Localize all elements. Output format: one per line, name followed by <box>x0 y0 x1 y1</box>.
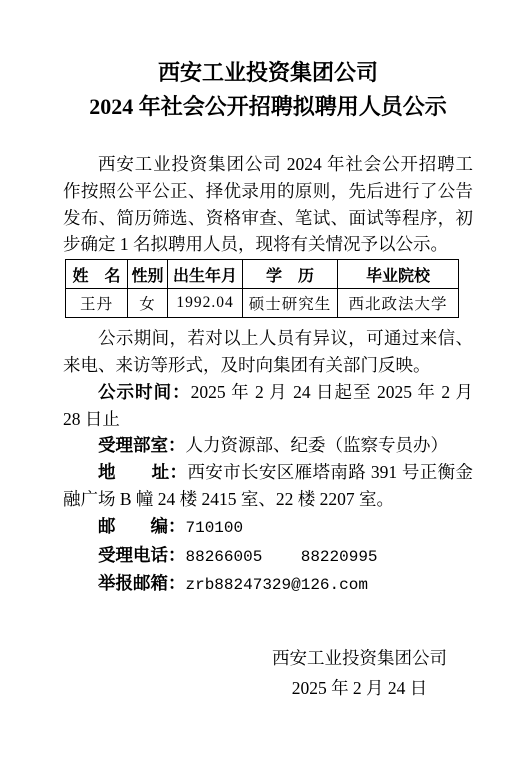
cell-school: 西北政法大学 <box>338 289 459 318</box>
address-label: 地 址： <box>98 462 187 482</box>
report-email-value: zrb88247329@126.com <box>186 576 368 594</box>
info-line-publicity-period: 公示时间：2025 年 2 月 24 日起至 2025 年 2 月 28 日止 <box>63 379 473 433</box>
document-page: 西安工业投资集团公司 2024 年社会公开招聘拟聘用人员公示 西安工业投资集团公… <box>63 0 473 703</box>
table-row: 王丹 女 1992.04 硕士研究生 西北政法大学 <box>66 289 459 318</box>
title-line-1: 西安工业投资集团公司 <box>63 56 473 90</box>
header-birth: 出生年月 <box>168 260 243 289</box>
phone-label: 受理电话： <box>98 545 186 565</box>
accepting-department-label: 受理部室： <box>98 435 186 455</box>
info-line-address: 地 址：西安市长安区雁塔南路 391 号正衡金融广场 B 幢 24 楼 2415… <box>63 459 473 513</box>
intro-paragraph: 西安工业投资集团公司 2024 年社会公开招聘工作按照公平公正、择优录用的原则，… <box>63 151 473 258</box>
accepting-department-value: 人力资源部、纪委（监察专员办） <box>186 435 449 455</box>
report-email-label: 举报邮箱： <box>98 573 186 593</box>
signature-inner: 西安工业投资集团公司 2025 年 2 月 24 日 <box>272 643 447 703</box>
info-line-phone: 受理电话：88266005 88220995 <box>63 542 473 571</box>
info-line-postal-code: 邮 编：710100 <box>63 513 473 542</box>
info-line-accepting-department: 受理部室：人力资源部、纪委（监察专员办） <box>63 432 473 459</box>
contact-info-block: 公示时间：2025 年 2 月 24 日起至 2025 年 2 月 28 日止 … <box>63 379 473 599</box>
candidate-table: 姓 名 性别 出生年月 学 历 毕业院校 王丹 女 1992.04 硕士研究生 … <box>65 259 459 318</box>
info-line-report-email: 举报邮箱：zrb88247329@126.com <box>63 570 473 599</box>
cell-gender: 女 <box>128 289 168 318</box>
postal-code-value: 710100 <box>186 519 244 537</box>
signature-company: 西安工业投资集团公司 <box>272 643 447 673</box>
header-gender: 性别 <box>128 260 168 289</box>
publicity-period-label: 公示时间： <box>98 382 191 402</box>
header-name: 姓 名 <box>66 260 128 289</box>
title-line-2: 2024 年社会公开招聘拟聘用人员公示 <box>63 90 473 124</box>
signature-block: 西安工业投资集团公司 2025 年 2 月 24 日 <box>63 643 473 703</box>
phone-value: 88266005 88220995 <box>186 548 378 566</box>
document-title: 西安工业投资集团公司 2024 年社会公开招聘拟聘用人员公示 <box>63 0 473 124</box>
cell-birth: 1992.04 <box>168 289 243 318</box>
objection-paragraph: 公示期间，若对以上人员有异议，可通过来信、来电、来访等形式，及时向集团有关部门反… <box>63 325 473 379</box>
signature-date: 2025 年 2 月 24 日 <box>272 673 447 703</box>
cell-degree: 硕士研究生 <box>243 289 338 318</box>
header-school: 毕业院校 <box>338 260 459 289</box>
table-header-row: 姓 名 性别 出生年月 学 历 毕业院校 <box>66 260 459 289</box>
cell-name: 王丹 <box>66 289 128 318</box>
postal-code-label: 邮 编： <box>98 516 186 536</box>
header-degree: 学 历 <box>243 260 338 289</box>
